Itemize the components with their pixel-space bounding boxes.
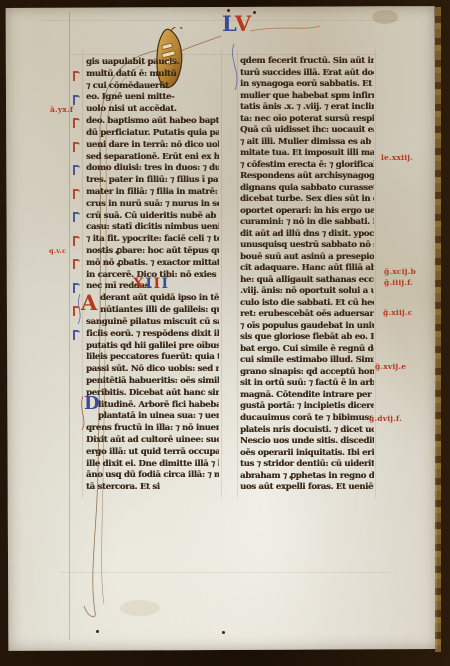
- text-line: derant aūt quidā ipso in tēpore:: [86, 293, 219, 305]
- text-line: tres. pater in filiū: ⁊ filius ī patrē:: [86, 175, 219, 187]
- text-line: putatis qd hii galilei pre oībus ga-: [86, 341, 219, 353]
- text-line: passi sūt. Nō dico uobis: sed nisi: [86, 364, 219, 376]
- text-line: ⁊ oīs populus gaudebat in uniuer-: [240, 321, 374, 333]
- chapter-numeral: XIII: [133, 277, 170, 291]
- text-line: oēs operarii iniquitatis. Ibi erit fle-: [240, 448, 374, 460]
- text-line: mulier que habebat spm infirmi-: [240, 91, 374, 103]
- manuscript-photo: LV gis uapulabit paucis.multū datū ē: mu…: [0, 0, 450, 666]
- text-line: mater in filiā: ⁊ filia in matrē: so-: [86, 187, 219, 199]
- text-line: ta: nec oīo poterat sursū respicere.: [240, 114, 374, 126]
- text-line: abraham ⁊ ꝓphetas in regno dei:: [240, 471, 374, 483]
- text-line: qrens fructū in illa: ⁊ nō inuenit.: [86, 423, 219, 435]
- chapter-numeral-letter: I: [162, 276, 170, 292]
- text-line: gustā portā: ⁊ incipietis dicere. mā-: [240, 401, 374, 413]
- text-line: ret: erubescebāt oēs aduersarii ei³:: [240, 309, 374, 321]
- text-line: tus ⁊ stridor dentiū: cū uideritis: [240, 459, 374, 471]
- text-line: mō nō ꝓbatis. ⁊ exactor mittat te: [86, 258, 219, 270]
- text-line: ⁊ ita fit. ypocrite: faciē celi ⁊ terre: [86, 234, 219, 246]
- text-line: magnā. Cōtendite intrare per an-: [240, 390, 374, 402]
- text-line: tā stercora. Et si: [86, 482, 219, 494]
- text-line: cui simile estimabo illud. Simile ē: [240, 355, 374, 367]
- margin-note-right: ḡ.xvij.e: [375, 362, 406, 371]
- text-line: penitētiā habueritis: oēs similiter: [86, 376, 219, 388]
- text-line: Nescio uos unde sitis. discedite a me: [240, 436, 374, 448]
- running-header-letter: L: [222, 13, 235, 34]
- text-line: Quā cū uidisset ihc: uocauit eā ad se:: [240, 125, 374, 137]
- margin-note-right: le.xxiij.: [381, 153, 413, 162]
- text-line: uolo nisi ut accēdat.: [86, 104, 219, 116]
- text-line: cit adaquare. Hanc aūt filiā abra-: [240, 263, 374, 275]
- text-line: ⁊ cōfestim erecta ē: ⁊ glorificabat deū.: [240, 160, 374, 172]
- text-line: ille dixit ei. Dne dimitte illā ⁊ hoc: [86, 459, 219, 471]
- text-line: .viij. ānis: nō oportuit solui a uin-: [240, 286, 374, 298]
- text-line: plantatā in uinea sua: ⁊ ueniens: [86, 411, 219, 423]
- pricking-dot: [227, 9, 230, 12]
- text-line: peribitis. Dicebat aūt hanc simi-: [86, 388, 219, 400]
- paraph-mark: [73, 306, 80, 316]
- text-line: dicebat turbe. Sex dies sūt in quib³: [240, 194, 374, 206]
- text-line: uos aūt expelli foras. Et ueniēt ab orie…: [240, 482, 374, 494]
- paraph-mark: [73, 71, 80, 81]
- text-line: in synagoga eorū sabbatis. Et ecce: [240, 79, 374, 91]
- pen-flourishes: [0, 0, 450, 666]
- text-line: bouē suū aut asinū a presepio: ⁊ du-: [240, 252, 374, 264]
- text-line: crus in nurū suā: ⁊ nurus in so-: [86, 199, 219, 211]
- paraph-mark: [73, 259, 80, 269]
- text-line: deo. baptismo aūt habeo baptizari:: [86, 116, 219, 128]
- running-header-letter: V: [235, 13, 249, 34]
- text-line: culo isto die sabbati. Et cū hec dice-: [240, 298, 374, 310]
- text-line: tatis ānis .x. ⁊ .viij. ⁊ erat inclina-: [240, 102, 374, 114]
- paraph-mark: [73, 330, 80, 340]
- paraph-mark: [73, 118, 80, 128]
- text-line: Respondens aūt archisynagogus: in-: [240, 171, 374, 183]
- text-line: gis uapulabit paucis.: [86, 57, 219, 69]
- text-line: bat ergo. Cui simile ē regnū dei: ⁊: [240, 344, 374, 356]
- running-header: LV: [222, 13, 249, 34]
- text-line: he: quā alligauit sathanas ecce .x. ⁊: [240, 275, 374, 287]
- pricking-dot: [222, 631, 225, 634]
- text-line: āno usq dū fodiā circa illā: ⁊ mit-: [86, 470, 219, 482]
- text-line: crū suā. Cū uideritis nubē ab oc-: [86, 211, 219, 223]
- text-line: ducauimus corā te ⁊ bibimus: ⁊ in: [240, 413, 374, 425]
- margin-note-left: ā.yx.f: [50, 105, 73, 114]
- margin-note-right: ḡ.xiij.c: [383, 308, 413, 317]
- text-line: dū perficiatur. Putatis quia pacē: [86, 128, 219, 140]
- text-line: sit in ortū suū: ⁊ factū ē in arborē: [240, 378, 374, 390]
- paraph-mark: [73, 283, 80, 293]
- text-line: sanguinē pilatus miscuit cū sacri-: [86, 317, 219, 329]
- paraph-mark: [73, 212, 80, 222]
- margin-note-right: ḡ.xcij.b: [384, 267, 416, 276]
- chapter-numeral-letter: I: [153, 276, 161, 292]
- chapter-numeral-letter: X: [133, 276, 145, 292]
- margin-note-right: ḡ.iiij.f.: [384, 278, 413, 287]
- text-line: ⁊ cui cōmēdauerūt: [86, 81, 219, 93]
- paraph-mark: [73, 142, 80, 152]
- text-line: eo. Ignē ueni mitte-: [86, 92, 219, 104]
- text-line: domo diuisi: tres in duos: ⁊ duo ī: [86, 163, 219, 175]
- text-line: turū succides illā. Erat aūt docens: [240, 68, 374, 80]
- parable-initial: D: [84, 395, 100, 413]
- paraph-mark: [73, 189, 80, 199]
- text-line: litudinē. Arborē fici habebat qdā: [86, 400, 219, 412]
- text-line: grano sinapis: qd acceptū homo mi-: [240, 367, 374, 379]
- paraph-mark: [73, 95, 80, 105]
- margin-note-right: ḡ.dvij.f.: [369, 414, 402, 423]
- paraph-mark: [73, 165, 80, 175]
- text-line: ficiis eorū. ⁊ respōdens dixit illis:: [86, 329, 219, 341]
- text-line: lileis peccatores fuerūt: quia talia: [86, 352, 219, 364]
- chapter-initial: A: [81, 292, 97, 313]
- text-line: multū datū ē: multū: [86, 69, 219, 81]
- text-column-right: qdem fecerit fructū. Sin aūt in fu-turū …: [240, 56, 374, 494]
- text-line: plateis nris docuisti. ⁊ dicet uobis.: [240, 425, 374, 437]
- text-line: sis que gloriose fiebāt ab eo. Dice-: [240, 332, 374, 344]
- text-line: dignans quia sabbato curasset ihc:: [240, 183, 374, 195]
- pricking-dot: [253, 11, 256, 14]
- text-line: unusquisq uestrū sabbato nō soluit: [240, 240, 374, 252]
- pricking-dot: [96, 630, 99, 633]
- text-line: casu: statī dicitis nimbus uenit:: [86, 222, 219, 234]
- text-line: oportet operari: in his ergo uenite ⁊: [240, 206, 374, 218]
- text-line: mitate tua. Et imposuit illi manus:: [240, 148, 374, 160]
- paraph-mark: [73, 236, 80, 246]
- text-line: ⁊ ait illi. Mulier dimissa es ab infir-: [240, 137, 374, 149]
- text-line: sed separationē. Erūt eni ex hoc: [86, 152, 219, 164]
- text-line: ergo illā: ut quid terrā occupat. At: [86, 447, 219, 459]
- margin-note-left: q.v.c: [49, 247, 66, 255]
- text-line: dit aūt ad illū dns ⁊ dixit. ypocrite:: [240, 229, 374, 241]
- text-line: nostis ꝓbare: hoc aūt tēpus quo-: [86, 246, 219, 258]
- text-line: ueni dare in terrā: nō dico uobis:: [86, 140, 219, 152]
- text-line: curamini: ⁊ nō in die sabbati. Respō-: [240, 217, 374, 229]
- text-line: qdem fecerit fructū. Sin aūt in fu-: [240, 56, 374, 68]
- paraph-marks: [73, 71, 81, 353]
- text-line: Dixit aūt ad cultorē uinee: succide: [86, 435, 219, 447]
- text-line: nūtiantes illi de galileis: quorū: [86, 305, 219, 317]
